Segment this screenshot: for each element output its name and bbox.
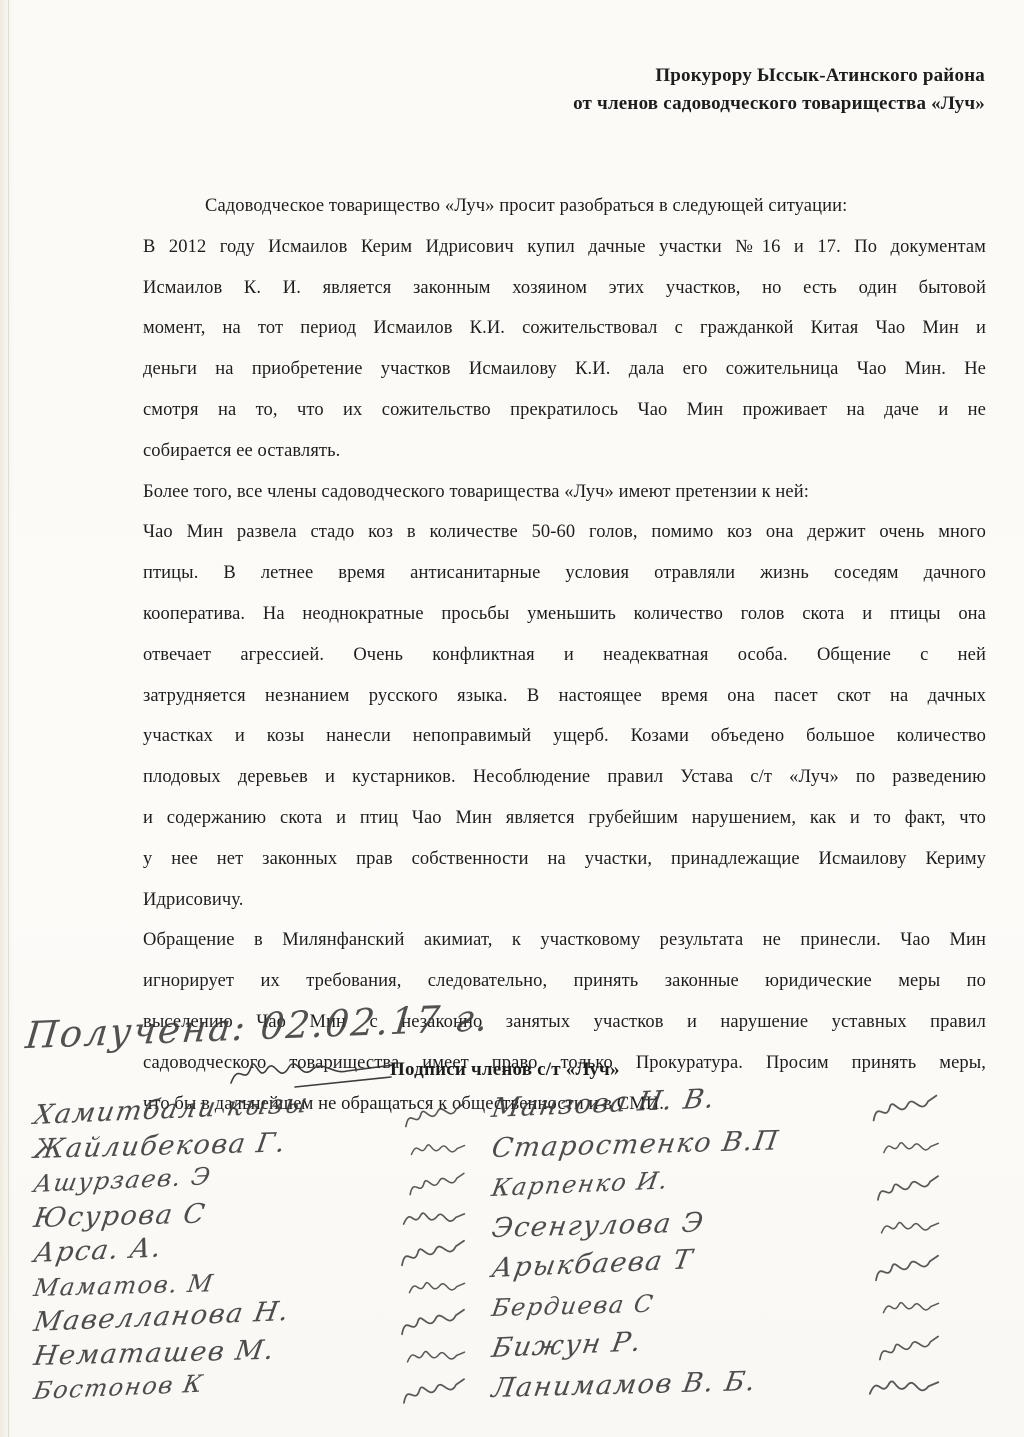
- body-line: плодовых деревьев и кустарников. Несоблю…: [143, 757, 986, 798]
- letter-body: Садоводческое товарищество «Луч» просит …: [143, 186, 986, 1124]
- signature-row: Арыкбаева Т: [492, 1248, 940, 1288]
- signature-row: Хамитбали кызы: [34, 1098, 466, 1133]
- signatures-label: Подписи членов с/т «Луч»: [390, 1059, 620, 1081]
- signature-name: Бостонов К: [32, 1370, 206, 1405]
- signature-scribble: [399, 1371, 470, 1412]
- signature-name: Маматов. М: [32, 1269, 216, 1302]
- signature-scribble: [875, 1329, 944, 1367]
- received-signature-scribble: [225, 1053, 397, 1091]
- signature-row: Бижун Р.: [492, 1328, 940, 1368]
- signature-scribble: [870, 1248, 943, 1289]
- signature-name: Нематашев М.: [32, 1335, 277, 1372]
- signature-name: Карпенко И.: [490, 1166, 671, 1202]
- signature-row: Бостонов К: [34, 1374, 466, 1409]
- signature-name: Ашурзаев. Э: [32, 1163, 214, 1199]
- addressee-line: Прокурору Ыссык-Атинского района: [365, 62, 985, 90]
- letter-header: Прокурору Ыссык-Атинского района от член…: [365, 62, 985, 118]
- signature-name: Хамитбали кызы: [31, 1088, 311, 1131]
- signature-name: Юсурова С: [32, 1199, 208, 1234]
- signature-scribble: [397, 1303, 470, 1342]
- sender-line: от членов садоводческого товарищества «Л…: [365, 90, 985, 118]
- signature-scribble: [405, 1168, 469, 1201]
- body-line: Более того, все члены садоводческого тов…: [143, 472, 986, 513]
- body-line: Чао Мин развела стадо коз в количестве 5…: [143, 512, 986, 553]
- body-line: у нее нет законных прав собственности на…: [143, 839, 986, 880]
- signature-column-right: Манзова Н. В. Старостенко В.П Карпенко И…: [492, 1088, 940, 1408]
- signature-row: Ашурзаев. Э: [34, 1167, 466, 1202]
- signature-row: Бердиева С: [492, 1288, 940, 1328]
- body-line: Идрисовичу.: [143, 880, 986, 921]
- signature-row: Арса. А.: [34, 1236, 466, 1271]
- body-line: деньги на приобретение участков Исмаилов…: [143, 349, 986, 390]
- signature-scribble: [873, 1169, 944, 1207]
- signature-scribble: [867, 1370, 941, 1407]
- body-line: Исмаилов К. И. является законным хозяино…: [143, 268, 986, 309]
- body-line: В 2012 году Исмаилов Керим Идрисович куп…: [143, 227, 986, 268]
- body-line: и содержанию скота и птиц Чао Мин являет…: [143, 798, 986, 839]
- body-line: смотря на то, что их сожительство прекра…: [143, 390, 986, 431]
- signature-scribble: [881, 1134, 941, 1162]
- signature-name: Старостенко В.П: [490, 1125, 782, 1163]
- body-line: момент, на тот период Исмаилов К.И. сожи…: [143, 308, 986, 349]
- signature-scribble: [396, 1233, 469, 1274]
- body-line: игнорирует их требования, следовательно,…: [143, 961, 986, 1002]
- signature-name: Бижун Р.: [489, 1326, 644, 1363]
- signature-name: Арса. А.: [31, 1232, 164, 1269]
- body-line: Обращение в Милянфанский акимиат, к учас…: [143, 920, 986, 961]
- signature-row: Эсенгулова Э: [492, 1208, 940, 1248]
- signature-row: Старостенко В.П: [492, 1128, 940, 1168]
- body-line: собирается ее оставлять.: [143, 431, 986, 472]
- signature-row: Юсурова С: [34, 1202, 466, 1237]
- signature-scribble: [867, 1088, 944, 1127]
- signature-name: Бердиева С: [490, 1290, 656, 1322]
- scanned-letter-page: Прокурору Ыссык-Атинского района от член…: [0, 0, 1024, 1437]
- signature-scribble: [881, 1293, 941, 1323]
- body-line: участках и козы нанесли непоправимый уще…: [143, 716, 986, 757]
- body-line: Садоводческое товарищество «Луч» просит …: [143, 186, 986, 227]
- signature-scribble: [405, 1342, 467, 1372]
- signature-row: Мавелланова Н.: [34, 1305, 466, 1340]
- signature-name: Арыкбаева Т: [489, 1244, 695, 1284]
- signature-name: Эсенгулова Э: [490, 1207, 707, 1244]
- signature-row: Манзова Н. В.: [492, 1088, 940, 1128]
- body-line: затрудняется незнанием русского языка. В…: [143, 676, 986, 717]
- signature-column-left: Хамитбали кызы Жайлибекова Г. Ашурзаев. …: [34, 1098, 466, 1409]
- signature-scribble: [401, 1203, 467, 1235]
- signature-row: Ланимамов В. Б.: [492, 1368, 940, 1408]
- signature-scribble: [879, 1211, 941, 1245]
- signature-name: Манзова Н. В.: [489, 1083, 718, 1124]
- signature-name: Жайлибекова Г.: [32, 1128, 289, 1166]
- body-line: кооператива. На неоднократные просьбы ум…: [143, 594, 986, 635]
- signature-row: Жайлибекова Г.: [34, 1133, 466, 1168]
- signature-name: Ланимамов В. Б.: [490, 1366, 759, 1404]
- signature-scribble: [401, 1097, 469, 1133]
- signature-scribble: [407, 1273, 467, 1303]
- body-line: птицы. В летнее время антисанитарные усл…: [143, 553, 986, 594]
- signature-scribble: [409, 1136, 467, 1164]
- signature-row: Карпенко И.: [492, 1168, 940, 1208]
- signature-row: Нематашев М.: [34, 1340, 466, 1375]
- body-line: отвечает агрессией. Очень конфликтная и …: [143, 635, 986, 676]
